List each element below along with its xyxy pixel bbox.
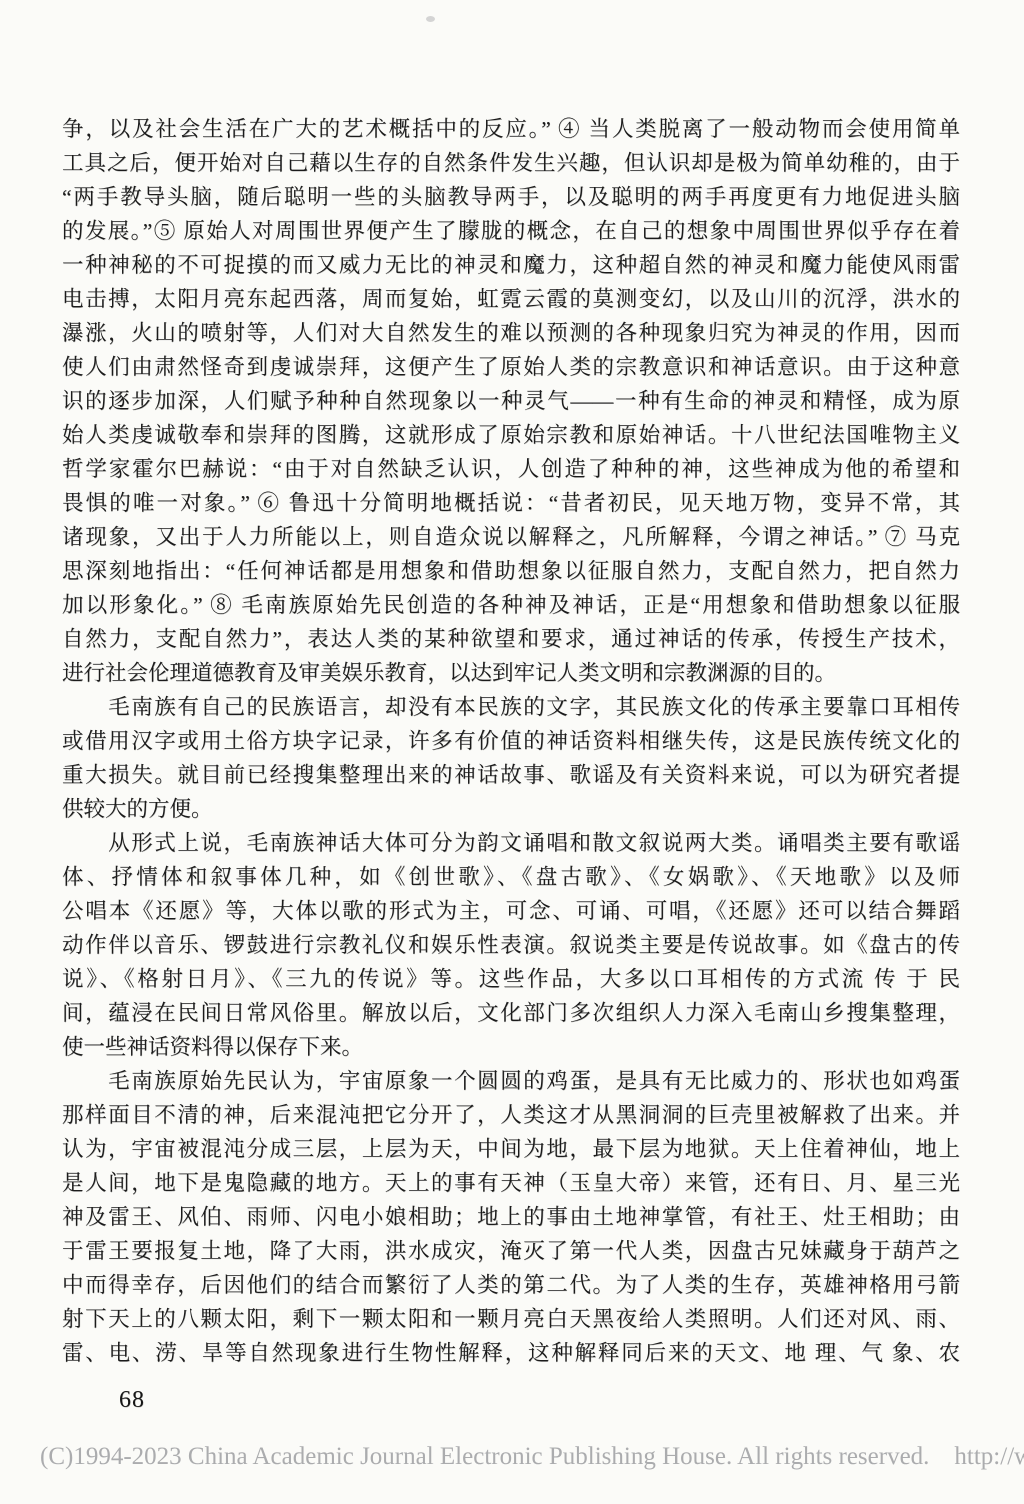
text-line: 的发展。”⑤ 原始人对周围世界便产生了朦胧的概念，在自己的想象中周围世界似乎存在… bbox=[62, 214, 960, 248]
text-line: 电击搏，太阳月亮东起西落，周而复始，虹霓云霞的莫测变幻，以及山川的沉浮，洪水的 bbox=[62, 282, 960, 316]
text-line: 使人们由肃然怪奇到虔诚崇拜，这便产生了原始人类的宗教意识和神话意识。由于这种意 bbox=[62, 350, 960, 384]
text-line: 使一些神话资料得以保存下来。 bbox=[62, 1030, 960, 1064]
text-line: 体、抒情体和叙事体几种，如《创世歌》、《盘古歌》、《女娲歌》、《天地歌》以及师 bbox=[62, 860, 960, 894]
text-line: 供较大的方便。 bbox=[62, 792, 960, 826]
text-line: 毛南族原始先民认为，宇宙原象一个圆圆的鸡蛋，是具有无比威力的、形状也如鸡蛋 bbox=[62, 1064, 960, 1098]
copyright-watermark: (C)1994-2023 China Academic Journal Elec… bbox=[40, 1443, 1024, 1471]
scan-artifact-dot bbox=[426, 16, 435, 22]
text-line: 说》、《格射日月》、《三九的传说》等。这些作品，大多以口耳相传的方式流 传 于 … bbox=[62, 962, 960, 996]
text-line: 识的逐步加深，人们赋予种种自然现象以一种灵气——一种有生命的神灵和精怪，成为原 bbox=[62, 384, 960, 418]
text-line: 哲学家霍尔巴赫说：“由于对自然缺乏认识，人创造了种种的神，这些神成为他的希望和 bbox=[62, 452, 960, 486]
text-line: 间，蕴浸在民间日常风俗里。解放以后，文化部门多次组织人力深入毛南山乡搜集整理， bbox=[62, 996, 960, 1030]
text-line: 或借用汉字或用土俗方块字记录，许多有价值的神话资料相继失传，这是民族传统文化的 bbox=[62, 724, 960, 758]
text-line: “两手教导头脑，随后聪明一些的头脑教导两手，以及聪明的两手再度更有力地促进头脑 bbox=[62, 180, 960, 214]
text-line: 诸现象，又出于人力所能以上，则自造众说以解释之，凡所解释，今谓之神话。” ⑦ 马… bbox=[62, 520, 960, 554]
text-line: 毛南族有自己的民族语言，却没有本民族的文字，其民族文化的传承主要靠口耳相传 bbox=[62, 690, 960, 724]
text-line: 自然力，支配自然力”，表达人类的某种欲望和要求，通过神话的传承，传授生产技术， bbox=[62, 622, 960, 656]
text-line: 加以形象化。” ⑧ 毛南族原始先民创造的各种神及神话，正是“用想象和借助想象以征… bbox=[62, 588, 960, 622]
text-line: 公唱本《还愿》等，大体以歌的形式为主，可念、可诵、可唱，《还愿》还可以结合舞蹈 bbox=[62, 894, 960, 928]
text-line: 认为，宇宙被混沌分成三层，上层为天，中间为地，最下层为地狱。天上住着神仙，地上 bbox=[62, 1132, 960, 1166]
text-line: 射下天上的八颗太阳，剩下一颗太阳和一颗月亮白天黑夜给人类照明。人们还对风、雨、 bbox=[62, 1302, 960, 1336]
text-line: 那样面目不清的神，后来混沌把它分开了，人类这才从黑洞洞的巨壳里被解救了出来。并 bbox=[62, 1098, 960, 1132]
text-line: 一种神秘的不可捉摸的而又威力无比的神灵和魔力，这种超自然的神灵和魔力能使风雨雷 bbox=[62, 248, 960, 282]
page-number: 68 bbox=[119, 1387, 145, 1414]
text-line: 中而得幸存，后因他们的结合而繁衍了人类的第二代。为了人类的生存，英雄神格用弓箭 bbox=[62, 1268, 960, 1302]
text-line: 畏惧的唯一对象。” ⑥ 鲁迅十分简明地概括说：“昔者初民，见天地万物，变异不常，… bbox=[62, 486, 960, 520]
text-line: 是人间，地下是鬼隐藏的地方。天上的事有天神（玉皇大帝）来管，还有日、月、星三光 bbox=[62, 1166, 960, 1200]
scanned-journal-page: { "page": { "number": "68" }, "colors": … bbox=[0, 0, 1024, 1504]
text-line: 于雷王要报复土地，降了大雨，洪水成灾，淹灭了第一代人类，因盘古兄妹藏身于葫芦之 bbox=[62, 1234, 960, 1268]
text-line: 思深刻地指出：“任何神话都是用想象和借助想象以征服自然力，支配自然力，把自然力 bbox=[62, 554, 960, 588]
text-line: 神及雷王、风伯、雨师、闪电小娘相助；地上的事由土地神掌管，有社王、灶王相助；由 bbox=[62, 1200, 960, 1234]
text-line: 争，以及社会生活在广大的艺术概括中的反应。” ④ 当人类脱离了一般动物而会使用简… bbox=[62, 112, 960, 146]
text-line: 始人类虔诚敬奉和崇拜的图腾，这就形成了原始宗教和原始神话。十八世纪法国唯物主义 bbox=[62, 418, 960, 452]
text-line: 瀑涨，火山的喷射等，人们对大自然发生的难以预测的各种现象归究为神灵的作用，因而 bbox=[62, 316, 960, 350]
text-line: 进行社会伦理道德教育及审美娱乐教育，以达到牢记人类文明和宗教渊源的目的。 bbox=[62, 656, 960, 690]
text-line: 雷、电、涝、旱等自然现象进行生物性解释，这种解释同后来的天文、地 理、气 象、农 bbox=[62, 1336, 960, 1370]
text-line: 重大损失。就目前已经搜集整理出来的神话故事、歌谣及有关资料来说，可以为研究者提 bbox=[62, 758, 960, 792]
text-line: 动作伴以音乐、锣鼓进行宗教礼仪和娱乐性表演。叙说类主要是传说故事。如《盘古的传 bbox=[62, 928, 960, 962]
article-body: 争，以及社会生活在广大的艺术概括中的反应。” ④ 当人类脱离了一般动物而会使用简… bbox=[62, 112, 960, 1370]
text-line: 工具之后，便开始对自己藉以生存的自然条件发生兴趣，但认识却是极为简单幼稚的，由于 bbox=[62, 146, 960, 180]
text-line: 从形式上说，毛南族神话大体可分为韵文诵唱和散文叙说两大类。诵唱类主要有歌谣 bbox=[62, 826, 960, 860]
